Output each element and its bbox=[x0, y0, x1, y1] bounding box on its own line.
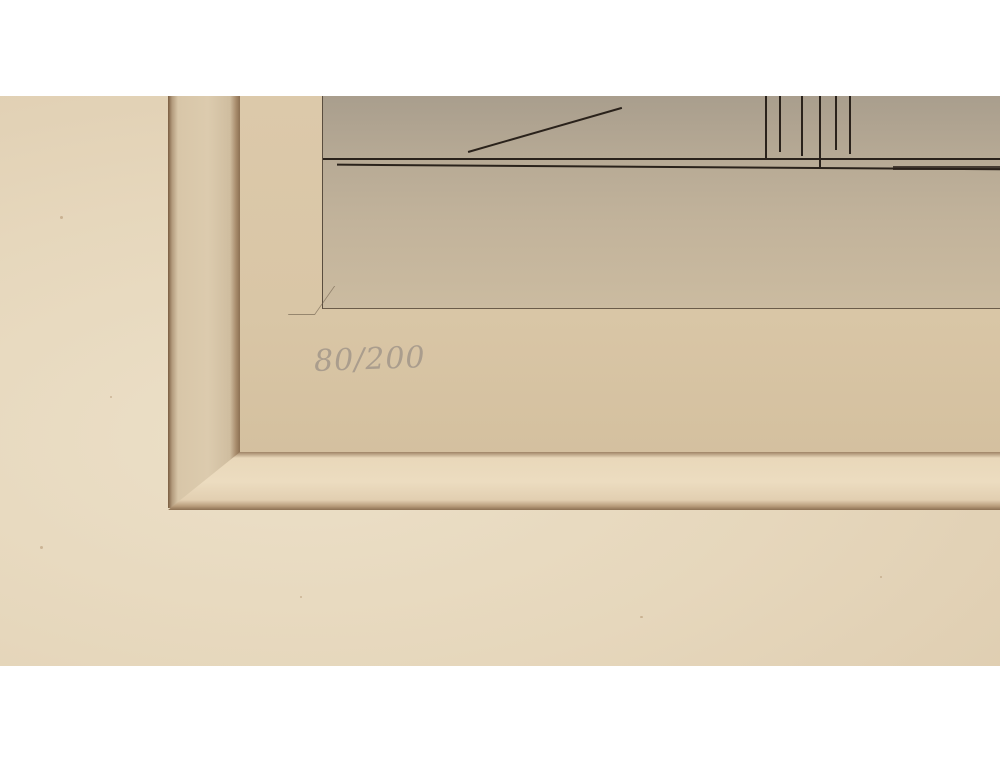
edition-number: 80/200 bbox=[313, 340, 426, 379]
etched-plate-area bbox=[322, 96, 1000, 309]
mat-bevel-bottom bbox=[168, 452, 1000, 510]
mat-bevel-left bbox=[168, 96, 240, 508]
framed-etching-photo: 80/200 bbox=[0, 96, 1000, 666]
